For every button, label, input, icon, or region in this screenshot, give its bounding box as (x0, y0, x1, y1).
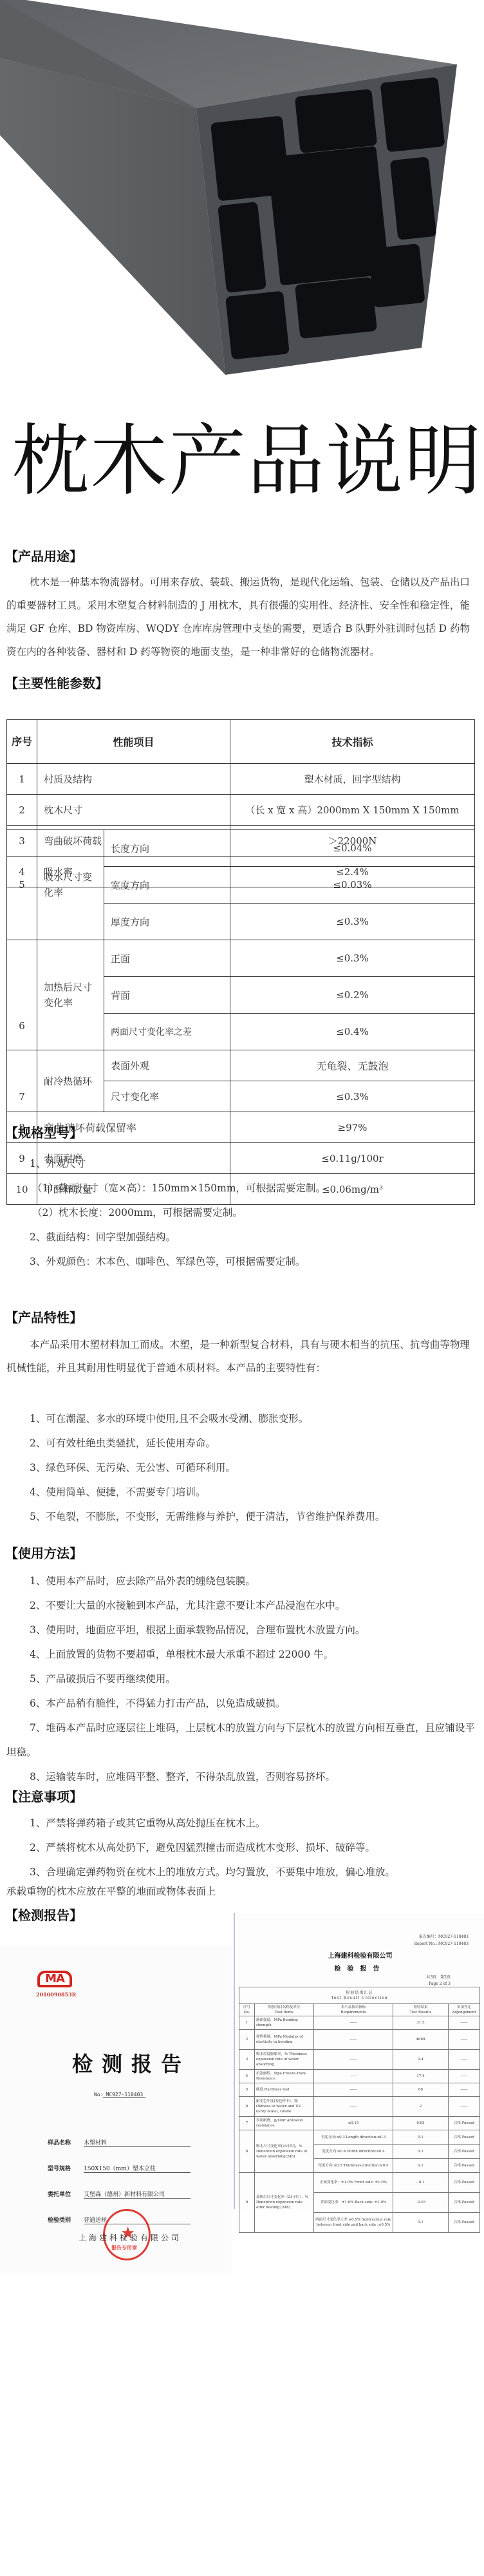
list-item: 4、上面放置的货物不要超重，单根枕木最大承重不超过 22000 牛。 (30, 1642, 480, 1667)
model-list: 1、外观尺寸 （1）截面尺寸（宽×高）：150mm×150mm，可根据需要定制。… (30, 1151, 480, 1274)
header-en: Adjudgement (450, 2010, 478, 2015)
report-number-header: 报告编号：MC927-110403 Report No.: MC927-1104… (414, 1933, 469, 1947)
list-item: 1、可在潮湿、多水的环境中使用,且不会吸水受潮、膨胀变形。 (30, 1406, 480, 1431)
cell: 5 (239, 2083, 255, 2097)
report-number: No:MC927-110403 (94, 2092, 145, 2098)
cell: 8 (239, 2130, 255, 2173)
row-no: 7 (7, 1050, 37, 1112)
report-cover-footer: ★ 报告专用章 上海建科检验有限公司 (0, 2228, 232, 2273)
header-cell: 序号No. (239, 2004, 255, 2016)
table-row: 8 吸水尺寸变化率(24小时)，% Dimention expansion ra… (239, 2130, 480, 2145)
caption-en: Test Result Collection (241, 1996, 478, 2001)
row-spec: ≤0.3% (230, 940, 475, 977)
cell: 9 (239, 2173, 255, 2233)
row-item: 枕木尺寸 (37, 795, 230, 826)
features-paragraph: 本产品采用木塑材料加工而成。木塑，是一种新型复合材料，具有与硬木相当的抗压、抗弯… (6, 1333, 470, 1379)
report-number-label: No: (94, 2092, 103, 2098)
cell: 加热后尺寸变化率（24小时），% Dimention expansion rat… (255, 2173, 314, 2233)
list-item: （1）截面尺寸（宽×高）：150mm×150mm，可根据需要定制。 (32, 1176, 480, 1200)
table-row: 7表面耐磨，g/100r Abrasion resistance≤0.150.0… (239, 2117, 480, 2130)
field-label: 型号规格 (48, 2164, 84, 2172)
list-item: 4、使用简单、便捷，不需要专门培训。 (30, 1480, 480, 1504)
list-item: 2、截面结构：回字型加强结构。 (30, 1225, 480, 1249)
report-no-en: Report No.: MC927-110403 (414, 1940, 469, 1947)
row-item: 加热后尺寸变化率 (37, 940, 104, 1050)
header-en: Test Items (256, 2010, 312, 2015)
header-en: No. (241, 2010, 253, 2015)
row-spec: ≤0.04% (230, 830, 475, 867)
cell: —— (314, 2083, 393, 2097)
cell: —— (314, 2097, 393, 2117)
cell: ≤0.15 (314, 2117, 393, 2130)
table-row: 6耐光色牢度(灰色样卡)，级 Oldness to water and UV (… (239, 2097, 480, 2117)
features-text: 本产品采用木塑材料加工而成。木塑，是一种新型复合材料，具有与硬木相当的抗压、抗弯… (6, 1339, 470, 1374)
col-spec: 技术指标 (230, 720, 475, 764)
row-subitem: 两面尺寸变化率之差 (104, 1014, 230, 1050)
results-title: 检验报告 (235, 1963, 484, 1973)
report-cover-title: 检测报告 (72, 2048, 191, 2078)
cell: 吸水尺寸变化率(24小时)，% Dimention expansion rate… (255, 2130, 314, 2173)
cell: 合格 Passed (449, 2159, 480, 2173)
params-heading: 【主要性能参数】 (5, 673, 108, 692)
cautions-heading: 【注意事项】 (5, 1786, 82, 1805)
cell: 硬度 Hardness test (255, 2083, 314, 2097)
results-caption: 检验结果汇总Test Result Collection (239, 1987, 480, 2004)
cell: 0.1 (393, 2213, 449, 2233)
field-label: 样品名称 (48, 2138, 84, 2146)
cell: 6 (239, 2097, 255, 2117)
sleeper-beam-illustration (0, 0, 484, 386)
cell: —— (449, 2070, 480, 2083)
cma-logo: MA (37, 1971, 72, 1987)
report-company: 上海建科检验有限公司 (79, 2232, 181, 2243)
row-item: 耐冷热循环 (37, 1050, 104, 1112)
results-table: 检验结果汇总Test Result Collection 序号No. 检验项目名… (239, 1987, 480, 2233)
header-cn: 检验项目名称及单位 (256, 2005, 312, 2010)
cell: 0.1 (393, 2145, 449, 2159)
cover-field: 型号规格150X150（mm）塑木立柱 (48, 2164, 196, 2173)
cell: 合格 Passed (449, 2213, 480, 2233)
field-label: 检验类别 (48, 2215, 84, 2224)
cell: —— (449, 2030, 480, 2050)
features-heading: 【产品特性】 (5, 1307, 82, 1326)
report-heading: 【检测报告】 (5, 1905, 82, 1924)
table-row: 2 枕木尺寸 （长 x 宽 x 高）2000mm X 150mm X 150mm (7, 795, 475, 826)
row-spec: ≤0.4% (230, 1014, 475, 1050)
cell: —— (449, 2083, 480, 2097)
cell: 耐光色牢度(灰色样卡)，级 Oldness to water and UV (G… (255, 2097, 314, 2117)
row-subitem: 长度方向 (104, 830, 230, 867)
cell: 31.5 (393, 2016, 449, 2030)
cell: 68 (393, 2083, 449, 2097)
list-item: 8、运输装车时，应堆码平整、整齐，不得杂乱放置，否则容易挤坏。 (30, 1765, 480, 1789)
cell: 合格 Passed (449, 2193, 480, 2213)
model-heading: 【规格型号】 (5, 1122, 82, 1141)
usage-heading: 【产品用途】 (5, 546, 82, 565)
table-row: 7 耐冷热循环 表面外观 无龟裂、无鼓泡 (7, 1050, 475, 1081)
list-item: 2、严禁将枕木从高处扔下，避免因猛烈撞击而造成枕木变形、损坏、破碎等。 (30, 1835, 480, 1860)
list-item: 5、产品破损后不要再继续使用。 (30, 1667, 480, 1691)
caption-cn: 检验结果汇总 (241, 1991, 478, 1996)
cell: 7 (239, 2117, 255, 2130)
method-list: 1、使用本产品时，应去除产品外表的缠绕包装膜。 2、不要让大量的水接触到本产品，… (30, 1569, 480, 1789)
cell: 宽度方向:≤0.4 Width direction:≤0.4 (314, 2145, 393, 2159)
usage-paragraph: 枕木是一种基本物流器材。可用来存放、装载、搬运货物，是现代化运输、包装、仓储以及… (6, 571, 470, 663)
cell: —— (314, 2070, 393, 2083)
list-item: （2）枕木长度：2000mm，可根据需要定制。 (32, 1200, 480, 1225)
row-item: 吸水尺寸变化率 (37, 830, 104, 940)
cell: 长度方向:≤0.3 Length direction:≤0.3 (314, 2130, 393, 2145)
list-item: 3、绿色环保、无污染、无公害、可循环利用。 (30, 1455, 480, 1480)
row-spec: 无龟裂、无鼓泡 (230, 1050, 475, 1081)
table-row: 6 加热后尺寸变化率 正面 ≤0.3% (7, 940, 475, 977)
cell: 厚度方向:≤0.5 Thickness direction:≤0.5 (314, 2159, 393, 2173)
cell: 吸水厚度膨胀率，% Thickness expansion rate of wa… (255, 2050, 314, 2070)
cell: 0.1 (393, 2130, 449, 2145)
report-cover-page: MA 2010090853R 检测报告 No:MC927-110403 样品名称… (0, 1945, 232, 2228)
row-item: 村质及结构 (37, 764, 230, 795)
row-subitem: 表面外观 (104, 1050, 230, 1081)
header-cn: 本产品技术指标 (315, 2005, 391, 2010)
report-no-cn: 报告编号：MC927-110403 (414, 1933, 469, 1940)
row-subitem: 尺寸变化率 (104, 1081, 230, 1112)
table-row: 1 村质及结构 塑木材质，回字型结构 (7, 764, 475, 795)
header-cn: 单项判定 (450, 2005, 478, 2010)
col-no: 序号 (7, 720, 37, 764)
method-heading: 【使用方法】 (5, 1543, 82, 1562)
field-value: 150X150（mm）塑木立柱 (84, 2164, 191, 2173)
header-cn: 检验结果 (395, 2005, 447, 2010)
results-caption-cell: 检验结果汇总Test Result Collection (239, 1987, 480, 2004)
cautions-list: 1、严禁将弹药箱子或其它重物从高处抛压在枕木上。 2、严禁将枕木从高处扔下，避免… (30, 1811, 480, 1884)
list-item: 2、不要让大量的水接触到本产品，尤其注意不要让本产品浸泡在水中。 (30, 1593, 480, 1618)
cell: 4689 (393, 2030, 449, 2050)
list-item: 7、堆码本产品时应逐层往上堆码，上层枕木的放置方向与下层枕木的放置方向相互垂直，… (6, 1716, 480, 1765)
cell: 表面耐磨，g/100r Abrasion resistance (255, 2117, 314, 2130)
cell: - 0.1 (393, 2173, 449, 2193)
cell: 0.4 (393, 2050, 449, 2070)
field-value: 木塑材料 (84, 2138, 191, 2147)
cell: —— (449, 2097, 480, 2117)
field-value: 艾堡森（德州）新材料有限公司 (84, 2190, 191, 2199)
report-results-page: 报告编号：MC927-110403 Report No.: MC927-1104… (234, 1913, 484, 2209)
row-spec: ≤0.3% (230, 1081, 475, 1112)
results-header-row: 序号No. 检验项目名称及单位Test Items 本产品技术指标Require… (239, 2004, 480, 2016)
header-cell: 单项判定Adjudgement (449, 2004, 480, 2016)
row-subitem: 厚度方向 (104, 904, 230, 940)
row-spec: ≤0.3% (230, 904, 475, 940)
table-row: 1静曲强度，MPa Bending strength——31.5—— (239, 2016, 480, 2030)
cell: 0.1 (393, 2159, 449, 2173)
list-item: 1、使用本产品时，应去除产品外表的缠绕包装膜。 (30, 1569, 480, 1593)
row-spec: ≤0.03% (230, 867, 475, 904)
cell: —— (449, 2050, 480, 2070)
row-no: 5 (7, 830, 37, 940)
table-row: 2弹性模量，MPa Modulus of elasticity in bendi… (239, 2030, 480, 2050)
header-en: Requirements (315, 2010, 391, 2015)
seal-text: 报告专用章 (111, 2244, 137, 2251)
cell: —— (314, 2030, 393, 2050)
list-item: 5、不龟裂，不膨胀，不变形，无需维修与养护，便于清洁，节省维护保养费用。 (30, 1504, 480, 1529)
row-spec: ≥97% (230, 1112, 475, 1143)
row-spec: ≤0.2% (230, 977, 475, 1014)
cover-field: 样品名称木塑材料 (48, 2138, 196, 2147)
field-label: 委托单位 (48, 2190, 84, 2198)
row-subitem: 宽度方向 (104, 867, 230, 904)
cell: 背面变化率：±1.0% Back side: ±1.0% (314, 2193, 393, 2213)
list-item: 2、可有效杜绝虫类骚扰，延长使用寿命。 (30, 1431, 480, 1455)
header-cell: 检验项目名称及单位Test Items (255, 2004, 314, 2016)
row-no: 2 (7, 795, 37, 826)
usage-text: 枕木是一种基本物流器材。可用来存放、装载、搬运货物，是现代化运输、包装、仓储以及… (6, 576, 470, 658)
list-item: 6、本产品稍有脆性，不得猛力打击产品，以免造成破损。 (30, 1691, 480, 1716)
cell: 2 (393, 2097, 449, 2117)
cell: - 0.03 (393, 2193, 449, 2213)
page-indicator: 共3页 第2页 Page 2 of 3 (426, 1975, 451, 1987)
col-item: 性能项目 (37, 720, 230, 764)
report-number-value: MC927-110403 (103, 2092, 145, 2098)
cell: 静曲强度，MPa Bending strength (255, 2016, 314, 2030)
page-cn: 共3页 第2页 (426, 1975, 451, 1981)
list-item: 1、严禁将弹药箱子或其它重物从高处抛压在枕木上。 (30, 1811, 480, 1835)
row-spec: （长 x 宽 x 高）2000mm X 150mm X 150mm (230, 795, 475, 826)
cell: 合格 Passed (449, 2117, 480, 2130)
table-row: 3吸水厚度膨胀率，% Thickness expansion rate of w… (239, 2050, 480, 2070)
header-en: Test Results (395, 2010, 447, 2015)
features-list: 1、可在潮湿、多水的环境中使用,且不会吸水受潮、膨胀变形。 2、可有效杜绝虫类骚… (30, 1406, 480, 1529)
spec-table-header: 序号 性能项目 技术指标 (7, 720, 475, 764)
row-subitem: 背面 (104, 977, 230, 1014)
cell: 3 (239, 2050, 255, 2070)
cell: 4 (239, 2070, 255, 2083)
table-row: 9 加热后尺寸变化率（24小时），% Dimention expansion r… (239, 2173, 480, 2193)
cell: 抗冻融性，Mpa Freeze-Thaw Resistance (255, 2070, 314, 2083)
cma-code: 2010090853R (36, 1991, 76, 1998)
list-item-text: 7、堆码本产品时应逐层往上堆码，上层枕木的放置方向与下层枕木的放置方向相互垂直，… (6, 1716, 480, 1765)
cell: —— (449, 2016, 480, 2030)
product-image (0, 0, 484, 386)
cell: 两面尺寸变化率之差:≤0.5% Subtraction rate between… (314, 2213, 393, 2233)
cell: —— (314, 2050, 393, 2070)
list-item: 3、合理确定弹药物资在枕木上的堆放方式。均匀置放，不要集中堆放，偏心堆放。 (30, 1860, 480, 1884)
row-subitem: 正面 (104, 940, 230, 977)
cell: 合格 Passed (449, 2130, 480, 2145)
list-item: 1、外观尺寸 (30, 1151, 480, 1176)
cell: 2 (239, 2030, 255, 2050)
list-item: 3、外观颜色：木本色、咖啡色、军绿色等，可根据需要定制。 (30, 1249, 480, 1274)
table-row: 5 吸水尺寸变化率 长度方向 ≤0.04% (7, 830, 475, 867)
cautions-tail: 承载重物的枕木应放在平整的地面或物体表面上 (6, 1884, 470, 1899)
header-cell: 本产品技术指标Requirements (314, 2004, 393, 2016)
spec-table-2: 5 吸水尺寸变化率 长度方向 ≤0.04% 宽度方向 ≤0.03% 厚度方向 ≤… (6, 829, 475, 1205)
cell: 合格 Passed (449, 2145, 480, 2159)
cell: 0.05 (393, 2117, 449, 2130)
row-no: 6 (7, 940, 37, 1050)
table-row: 5硬度 Hardness test——68—— (239, 2083, 480, 2097)
row-no: 1 (7, 764, 37, 795)
results-company: 上海建科检验有限公司 (235, 1950, 484, 1960)
cell: 合格 Passed (449, 2173, 480, 2193)
cell: —— (314, 2016, 393, 2030)
header-cn: 序号 (241, 2005, 253, 2010)
header-cell: 检验结果Test Results (393, 2004, 449, 2016)
cell: 弹性模量，MPa Modulus of elasticity in bendin… (255, 2030, 314, 2050)
table-row: 4抗冻融性，Mpa Freeze-Thaw Resistance——17.4—— (239, 2070, 480, 2083)
page-title: 枕木产品说明 (12, 420, 475, 504)
cell: 17.4 (393, 2070, 449, 2083)
cover-field: 委托单位艾堡森（德州）新材料有限公司 (48, 2190, 196, 2199)
row-spec: 塑木材质，回字型结构 (230, 764, 475, 795)
cell: 正面变化率：±1.0% Front side: ±1.0% (314, 2173, 393, 2193)
list-item: 3、使用时，地面应平坦，根据上面承载物品情况，合理布置枕木放置方向。 (30, 1618, 480, 1642)
cell: 1 (239, 2016, 255, 2030)
